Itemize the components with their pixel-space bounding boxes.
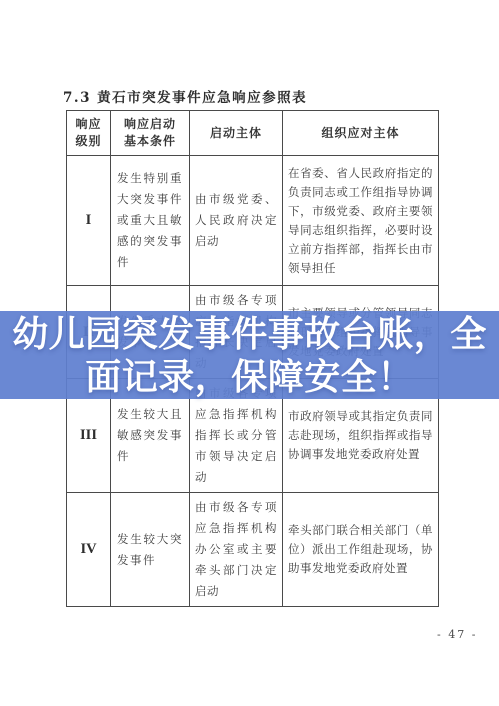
- header-activation-condition: 响应启动 基本条件: [111, 111, 190, 156]
- table-row: I 发生特别重大突发事件或重大且敏感的突发事件 由市级党委、人民政府决定启动 在…: [67, 156, 439, 286]
- section-title: 7.3 黄石市突发事件应急响应参照表: [63, 86, 307, 106]
- banner-text: 幼儿园突发事件事故台账，全 面记录，保障安全！: [12, 312, 487, 398]
- condition-cell: 发生特别重大突发事件或重大且敏感的突发事件: [111, 156, 190, 286]
- header-activation-subject: 启动主体: [190, 111, 283, 156]
- header-response-level: 响应 级别: [67, 111, 111, 156]
- table-row: IV 发生较大突发事件 由市级各专项应急指挥机构办公室或主要牵头部门决定启动 牵…: [67, 493, 439, 607]
- level-cell: IV: [67, 493, 111, 607]
- responder-cell: 在省委、省人民政府指定的负责同志或工作组指导协调下，市级党委、政府主要领导同志组…: [283, 156, 439, 286]
- initiator-cell: 由市级党委、人民政府决定启动: [190, 156, 283, 286]
- responder-cell: 牵头部门联合相关部门（单位）派出工作组赴现场，协助事发地党委政府处置: [283, 493, 439, 607]
- page-number: - 47 -: [437, 628, 477, 641]
- table-header-row: 响应 级别 响应启动 基本条件 启动主体 组织应对主体: [67, 111, 439, 156]
- header-response-subject: 组织应对主体: [283, 111, 439, 156]
- promo-banner: 幼儿园突发事件事故台账，全 面记录，保障安全！: [0, 311, 499, 399]
- initiator-cell: 由市级各专项应急指挥机构办公室或主要牵头部门决定启动: [190, 493, 283, 607]
- condition-cell: 发生较大突发事件: [111, 493, 190, 607]
- level-cell: I: [67, 156, 111, 286]
